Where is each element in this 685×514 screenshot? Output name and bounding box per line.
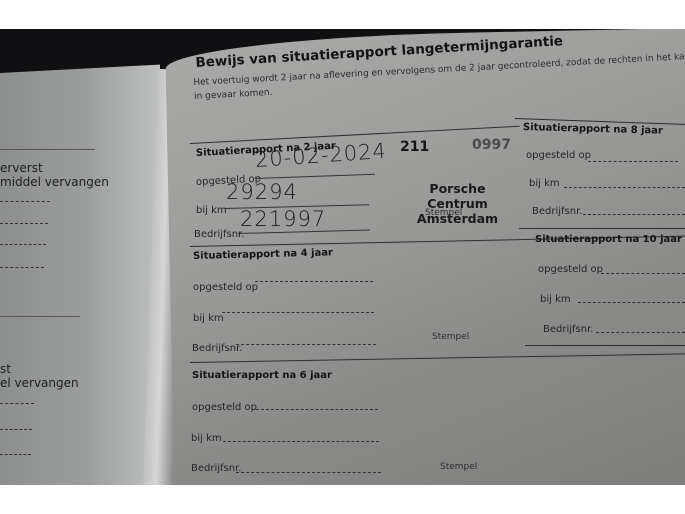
- section-divider: [519, 228, 685, 229]
- left-rule: [0, 149, 95, 150]
- section-10-bedrijf-line[interactable]: [596, 332, 685, 333]
- section-4-km-label: bij km: [193, 313, 224, 324]
- section-2-km-value[interactable]: 29294: [226, 180, 298, 204]
- section-2-km-label: bij km: [196, 205, 227, 216]
- left-rule: [0, 316, 80, 317]
- section-4-opgesteld-label: opgesteld op: [193, 282, 258, 293]
- section-6-bedrijf-line[interactable]: [236, 472, 381, 473]
- left-fragment-2: middel vervangen: [0, 175, 109, 189]
- left-fragment-4: el vervangen: [0, 376, 79, 390]
- stamp-code-b: 0997: [472, 137, 511, 153]
- section-6-bedrijf-label: Bedrijfsnr.: [191, 463, 241, 474]
- section-6-opgesteld-line[interactable]: [256, 409, 378, 410]
- stamp-code-a: 211: [400, 139, 429, 155]
- section-4-bedrijf-line[interactable]: [236, 344, 376, 345]
- section-10-bedrijf-label: Bedrijfsnr.: [543, 324, 593, 335]
- section-10-jaar-heading: Situatierapport na 10 jaar: [535, 234, 682, 245]
- document-photo: erverst middel vervangen st el vervangen: [0, 29, 685, 485]
- left-dash: [0, 429, 32, 430]
- section-6-stempel-label: Stempel: [440, 462, 477, 472]
- section-8-bedrijf-line[interactable]: [583, 214, 685, 215]
- left-page: [0, 65, 160, 485]
- section-2-bedrijf-value[interactable]: 221997: [240, 207, 326, 231]
- left-dash: [0, 201, 50, 202]
- section-10-opgesteld-line[interactable]: [601, 273, 685, 274]
- dealer-stamp: Porsche Centrum Amsterdam: [400, 181, 515, 226]
- section-8-opgesteld-line[interactable]: [588, 161, 678, 162]
- section-divider: [525, 345, 685, 346]
- stamp-line-1: Porsche Centrum: [400, 181, 515, 211]
- section-2-stempel-label: Stempel: [425, 208, 462, 218]
- section-4-bedrijf-label: Bedrijfsnr.: [192, 343, 242, 354]
- section-6-jaar-heading: Situatierapport na 6 jaar: [192, 370, 332, 381]
- section-10-km-line[interactable]: [578, 302, 685, 303]
- section-10-opgesteld-label: opgesteld op: [538, 264, 603, 275]
- section-2-bedrijf-label: Bedrijfsnr.: [194, 229, 244, 240]
- left-fragment-1: erverst: [0, 161, 43, 175]
- left-dash: [0, 267, 44, 268]
- section-8-km-line[interactable]: [564, 187, 685, 188]
- section-10-km-label: bij km: [540, 294, 571, 305]
- left-dash: [0, 244, 46, 245]
- section-6-km-line[interactable]: [223, 441, 379, 442]
- section-8-km-label: bij km: [529, 178, 560, 189]
- section-4-km-line[interactable]: [222, 312, 374, 313]
- left-dash: [0, 223, 48, 224]
- left-dash: [0, 454, 31, 455]
- section-6-km-label: bij km: [191, 433, 222, 444]
- section-8-opgesteld-label: opgesteld op: [526, 150, 591, 161]
- section-6-opgesteld-label: opgesteld op: [192, 402, 257, 413]
- left-fragment-3: st: [0, 362, 11, 376]
- left-dash: [0, 403, 34, 404]
- section-8-bedrijf-label: Bedrijfsnr.: [532, 206, 582, 217]
- section-4-opgesteld-line[interactable]: [255, 281, 373, 282]
- section-4-stempel-label: Stempel: [432, 332, 469, 342]
